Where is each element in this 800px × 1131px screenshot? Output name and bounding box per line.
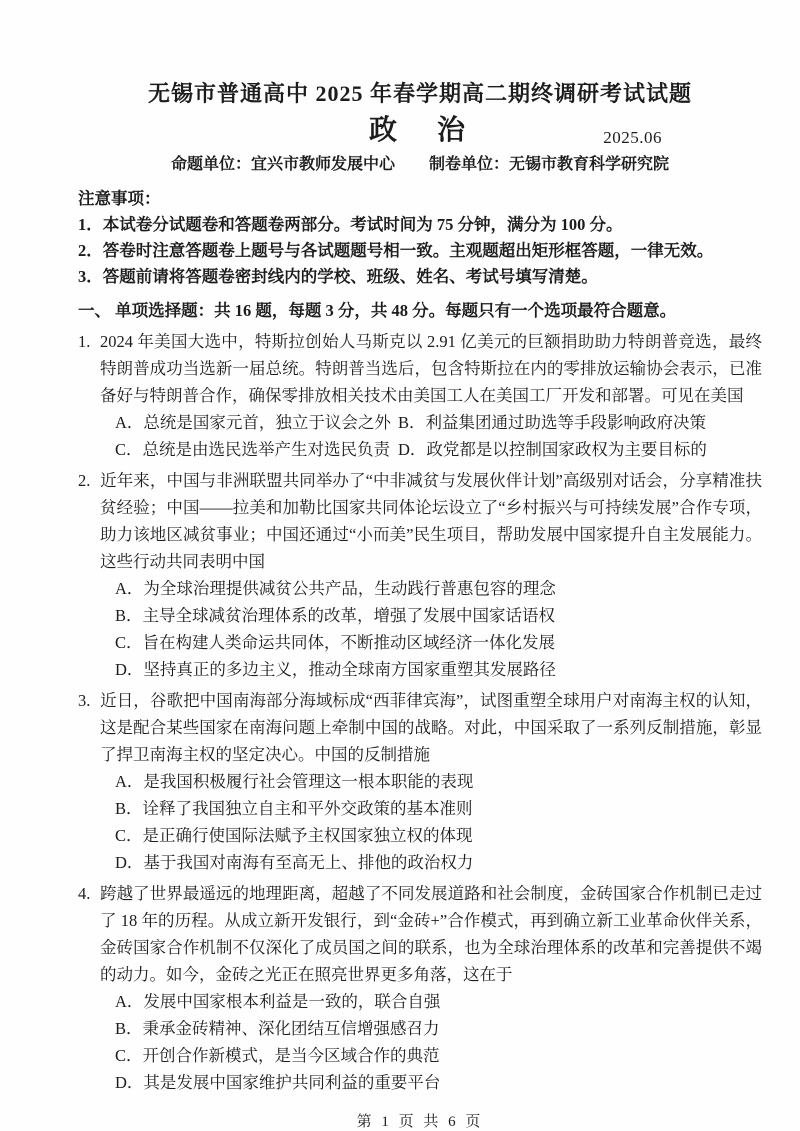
question-1: 1.2024 年美国大选中，特斯拉创始人马斯克以 2.91 亿美元的巨额捐助助力… bbox=[78, 328, 762, 463]
exam-header: 无锡市普通高中 2025 年春学期高二期终调研考试试题 政 治 2025.06 … bbox=[78, 80, 762, 177]
note-item-2: 2．答卷时注意答题卷上题号与各试题题号相一致。主观题超出矩形框答题，一律无效。 bbox=[78, 238, 762, 264]
unit-proposer: 命题单位：宜兴市教师发展中心 bbox=[171, 156, 395, 173]
notes-heading: 注意事项： bbox=[78, 186, 762, 212]
question-3-option-c: C．是正确行使国际法赋予主权国家独立权的体现 bbox=[115, 822, 762, 849]
question-2-stem-line: 2.近年来，中国与非洲联盟共同举办了“中非减贫与发展伙伴计划”高级别对话会，分享… bbox=[78, 467, 762, 575]
question-3-stem: 近日，谷歌把中国南海部分海域标成“西菲律宾海”，试图重塑全球用户对南海主权的认知… bbox=[100, 691, 762, 764]
question-4-option-d: D．其是发展中国家维护共同利益的重要平台 bbox=[115, 1069, 762, 1096]
note-item-3: 3．答题前请将答题卷密封线内的学校、班级、姓名、考试号填写清楚。 bbox=[78, 264, 762, 290]
page-title: 无锡市普通高中 2025 年春学期高二期终调研考试试题 bbox=[78, 80, 762, 108]
page-number: 第 1 页 共 6 页 bbox=[78, 1110, 762, 1131]
question-4-option-b: B．秉承金砖精神、深化团结互信增强感召力 bbox=[115, 1015, 762, 1042]
exam-date: 2025.06 bbox=[603, 128, 662, 148]
question-4-option-c: C．开创合作新模式，是当今区域合作的典范 bbox=[115, 1042, 762, 1069]
question-4-stem-line: 4.跨越了世界最遥远的地理距离，超越了不同发展道路和社会制度，金砖国家合作机制已… bbox=[78, 880, 762, 988]
units-line: 命题单位：宜兴市教师发展中心制卷单位：无锡市教育科学研究院 bbox=[78, 153, 762, 177]
question-4-options: A．发展中国家根本利益是一致的，联合自强 B．秉承金砖精神、深化团结互信增强感召… bbox=[115, 988, 762, 1096]
question-3-option-d: D．基于我国对南海有至高无上、排他的政治权力 bbox=[115, 849, 762, 876]
question-1-option-c: C．总统是由选民选举产生对选民负责 bbox=[115, 436, 398, 463]
question-3-stem-line: 3.近日，谷歌把中国南海部分海域标成“西菲律宾海”，试图重塑全球用户对南海主权的… bbox=[78, 687, 762, 768]
question-2-option-b: B．主导全球减贫治理体系的改革，增强了发展中国家话语权 bbox=[115, 602, 762, 629]
question-2-stem: 近年来，中国与非洲联盟共同举办了“中非减贫与发展伙伴计划”高级别对话会，分享精准… bbox=[100, 471, 762, 571]
question-2-option-c: C．旨在构建人类命运共同体，不断推动区域经济一体化发展 bbox=[115, 629, 762, 656]
exam-page: 无锡市普通高中 2025 年春学期高二期终调研考试试题 政 治 2025.06 … bbox=[0, 0, 800, 1131]
question-3-options: A．是我国积极履行社会管理这一根本职能的表现 B．诠释了我国独立自主和平外交政策… bbox=[115, 768, 762, 876]
question-2-option-a: A．为全球治理提供减贫公共产品，生动践行普惠包容的理念 bbox=[115, 575, 762, 602]
question-3-option-a: A．是我国积极履行社会管理这一根本职能的表现 bbox=[115, 768, 762, 795]
question-4: 4.跨越了世界最遥远的地理距离，超越了不同发展道路和社会制度，金砖国家合作机制已… bbox=[78, 880, 762, 1096]
question-1-option-a: A．总统是国家元首，独立于议会之外 bbox=[115, 409, 398, 436]
notes-section: 注意事项： 1．本试卷分试题卷和答题卷两部分。考试时间为 75 分钟，满分为 1… bbox=[78, 186, 762, 290]
question-4-option-a: A．发展中国家根本利益是一致的，联合自强 bbox=[115, 988, 762, 1015]
section-heading: 一、 单项选择题：共 16 题，每题 3 分，共 48 分。每题只有一个选项最符… bbox=[78, 297, 762, 324]
note-item-1: 1．本试卷分试题卷和答题卷两部分。考试时间为 75 分钟，满分为 100 分。 bbox=[78, 212, 762, 238]
question-1-stem-line: 1.2024 年美国大选中，特斯拉创始人马斯克以 2.91 亿美元的巨额捐助助力… bbox=[78, 328, 762, 409]
question-2-option-d: D．坚持真正的多边主义，推动全球南方国家重塑其发展路径 bbox=[115, 656, 762, 683]
question-4-number: 4. bbox=[78, 880, 100, 907]
question-1-option-d: D．政党都是以控制国家政权为主要目标的 bbox=[398, 436, 762, 463]
question-1-stem: 2024 年美国大选中，特斯拉创始人马斯克以 2.91 亿美元的巨额捐助助力特朗… bbox=[100, 332, 762, 405]
question-3: 3.近日，谷歌把中国南海部分海域标成“西菲律宾海”，试图重塑全球用户对南海主权的… bbox=[78, 687, 762, 876]
question-2-number: 2. bbox=[78, 467, 100, 494]
question-3-number: 3. bbox=[78, 687, 100, 714]
question-2-options: A．为全球治理提供减贫公共产品，生动践行普惠包容的理念 B．主导全球减贫治理体系… bbox=[115, 575, 762, 683]
question-4-stem: 跨越了世界最遥远的地理距离，超越了不同发展道路和社会制度，金砖国家合作机制已走过… bbox=[100, 884, 762, 984]
question-3-option-b: B．诠释了我国独立自主和平外交政策的基本准则 bbox=[115, 795, 762, 822]
unit-maker: 制卷单位：无锡市教育科学研究院 bbox=[429, 156, 669, 173]
question-2: 2.近年来，中国与非洲联盟共同举办了“中非减贫与发展伙伴计划”高级别对话会，分享… bbox=[78, 467, 762, 683]
subject-row: 政 治 2025.06 bbox=[78, 112, 762, 150]
question-1-number: 1. bbox=[78, 328, 100, 355]
question-1-options: A．总统是国家元首，独立于议会之外 B．利益集团通过助选等手段影响政府决策 C．… bbox=[115, 409, 762, 463]
question-1-option-b: B．利益集团通过助选等手段影响政府决策 bbox=[398, 409, 762, 436]
